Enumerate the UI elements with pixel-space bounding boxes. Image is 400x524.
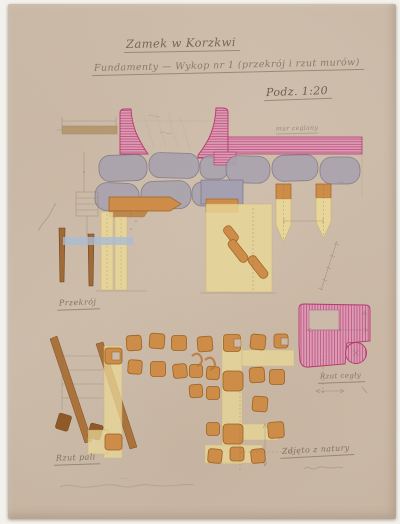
scale-note: Podz. 1:20 (264, 85, 333, 101)
cross-section-right (200, 137, 362, 293)
pile-left (276, 184, 291, 242)
brick-wall-band (228, 137, 362, 154)
pile-right (316, 184, 331, 238)
section-caption: Przekrój (57, 298, 101, 310)
drawing-title: Zamek w Korzkwi (124, 36, 240, 53)
bottom-note-squiggle (60, 485, 194, 488)
notch (309, 310, 339, 330)
foundation-stones-right (226, 154, 360, 184)
water-level-band (63, 237, 133, 245)
ground-strip (62, 126, 117, 134)
cove-profile-right (198, 108, 228, 158)
plan-caption: Rzut pali (54, 453, 100, 465)
brick-wall-label: mur ceglany (276, 125, 318, 134)
margin-note-squiggle (38, 203, 56, 231)
signature-squiggle (304, 467, 343, 469)
plan-view (50, 333, 294, 470)
diagonal-dimension-line (318, 241, 339, 290)
detail-caption: Rzut cegły (318, 372, 366, 383)
timber-posts (101, 212, 127, 290)
scanned-drawing-sheet: Zamek w Korzkwi Fundamenty — Wykop nr 1 … (0, 0, 400, 524)
cove-profile-left (120, 109, 148, 154)
timber-wedge (109, 197, 181, 211)
wooden-stakes (59, 228, 94, 286)
